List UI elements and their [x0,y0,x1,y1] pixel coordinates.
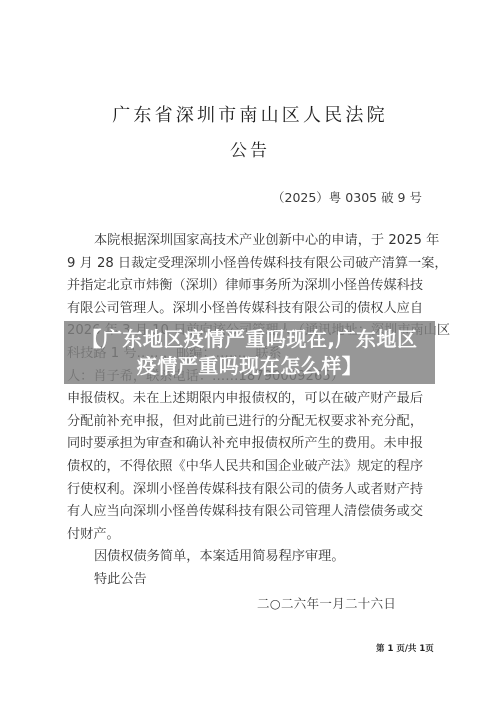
body-line: 债权的，不得依照《中华人民共和国企业破产法》规定的程序 [67,456,433,479]
announcement-heading: 公告 [0,140,500,162]
body-line: 行使权利。深圳小怪兽传媒科技有限公司的债务人或者财产持 [67,479,433,502]
court-name-title: 广东省深圳市南山区人民法院 [0,105,500,127]
case-number: （2025）粤 0305 破 9 号 [272,188,422,208]
body-line: 申报债权。未在上述期限内申报债权的，可以在破产财产最后 [67,388,433,411]
overlay-headline-line-1: 【广东地区疫情严重吗现在,广东地区 [81,326,417,353]
document-page: 广东省深圳市南山区人民法院 公告 （2025）粤 0305 破 9 号 本院根据… [0,0,500,706]
body-line: 同时要承担为审查和确认补充申报债权所产生的费用。未申报 [67,433,433,456]
body-line: 分配前补充申报，但对此前已进行的分配无权要求补充分配， [67,411,433,434]
body-line: 并指定北京市炜衡（深圳）律师事务所为深圳小怪兽传媒科技 [67,275,433,298]
closing-line: 特此公告 [67,569,433,592]
body-line: 有限公司管理人。深圳小怪兽传媒科技有限公司的债权人应自 [67,298,433,321]
headline-overlay-banner: 【广东地区疫情严重吗现在,广东地区 疫情严重吗现在怎么样】 [64,321,435,384]
overlay-headline-line-2: 疫情严重吗现在怎么样】 [137,353,363,380]
body-line: 9 月 28 日裁定受理深圳小怪兽传媒科技有限公司破产清算一案， [67,253,433,276]
body-line: 付财产。 [67,524,433,547]
body-line: 本院根据深圳国家高技术产业创新中心的申请，于 2025 年 [67,230,433,253]
body-line: 有人应当向深圳小怪兽传媒科技有限公司管理人清偿债务或交 [67,501,433,524]
announcement-date: 二○二六年一月二十六日 [257,594,396,614]
closing-line: 因债权债务简单，本案适用简易程序审理。 [67,546,433,569]
announcement-body: 本院根据深圳国家高技术产业创新中心的申请，于 2025 年 9 月 28 日裁定… [67,230,433,592]
page-number-footer: 第 1 页/共 1页 [376,643,434,655]
